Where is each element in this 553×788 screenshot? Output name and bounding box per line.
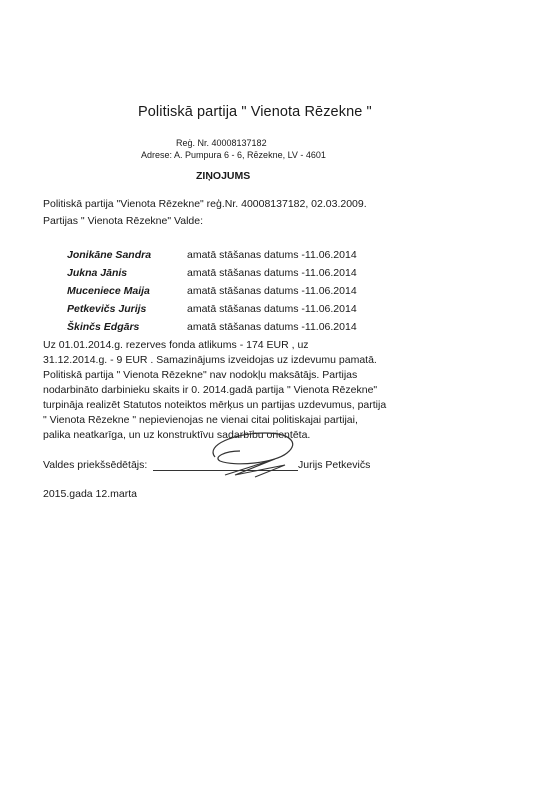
board-member-name: Muceniece Maija (67, 285, 150, 297)
board-member-name: Petkevičs Jurijs (67, 303, 146, 315)
board-member-date: amatā stāšanas datums -11.06.2014 (187, 303, 357, 315)
report-line: Politiskā partija " Vienota Rēzekne" nav… (43, 369, 357, 381)
board-member-name: Škinčs Edgārs (67, 321, 139, 333)
intro-line-1: Politiskā partija "Vienota Rēzekne" reģ.… (43, 198, 367, 210)
address: Adrese: A. Pumpura 6 - 6, Rēzekne, LV - … (141, 150, 326, 160)
board-member-date: amatā stāšanas datums -11.06.2014 (187, 267, 357, 279)
board-member-name: Jonikāne Sandra (67, 249, 151, 261)
signatory-name: Jurijs Petkevičs (298, 459, 370, 471)
board-member-date: amatā stāšanas datums -11.06.2014 (187, 321, 357, 333)
party-title: Politiskā partija " Vienota Rēzekne " (138, 104, 372, 120)
board-member-date: amatā stāšanas datums -11.06.2014 (187, 249, 357, 261)
signature-label: Valdes priekšsēdētājs: (43, 459, 147, 471)
document-date: 2015.gada 12.marta (43, 488, 137, 500)
handwritten-signature (195, 425, 315, 485)
report-line: nodarbināto darbinieku skaits ir 0. 2014… (43, 384, 377, 396)
board-member-name: Jukna Jānis (67, 267, 127, 279)
report-line: turpināja realizēt Statutos noteiktos mē… (43, 399, 386, 411)
document-heading: ZIŅOJUMS (196, 170, 250, 182)
report-line: Uz 01.01.2014.g. rezerves fonda atlikums… (43, 339, 309, 351)
report-line: 31.12.2014.g. - 9 EUR . Samazinājums izv… (43, 354, 377, 366)
intro-line-2: Partijas " Vienota Rēzekne" Valde: (43, 215, 203, 227)
registration-number: Reģ. Nr. 40008137182 (176, 138, 267, 148)
board-member-date: amatā stāšanas datums -11.06.2014 (187, 285, 357, 297)
